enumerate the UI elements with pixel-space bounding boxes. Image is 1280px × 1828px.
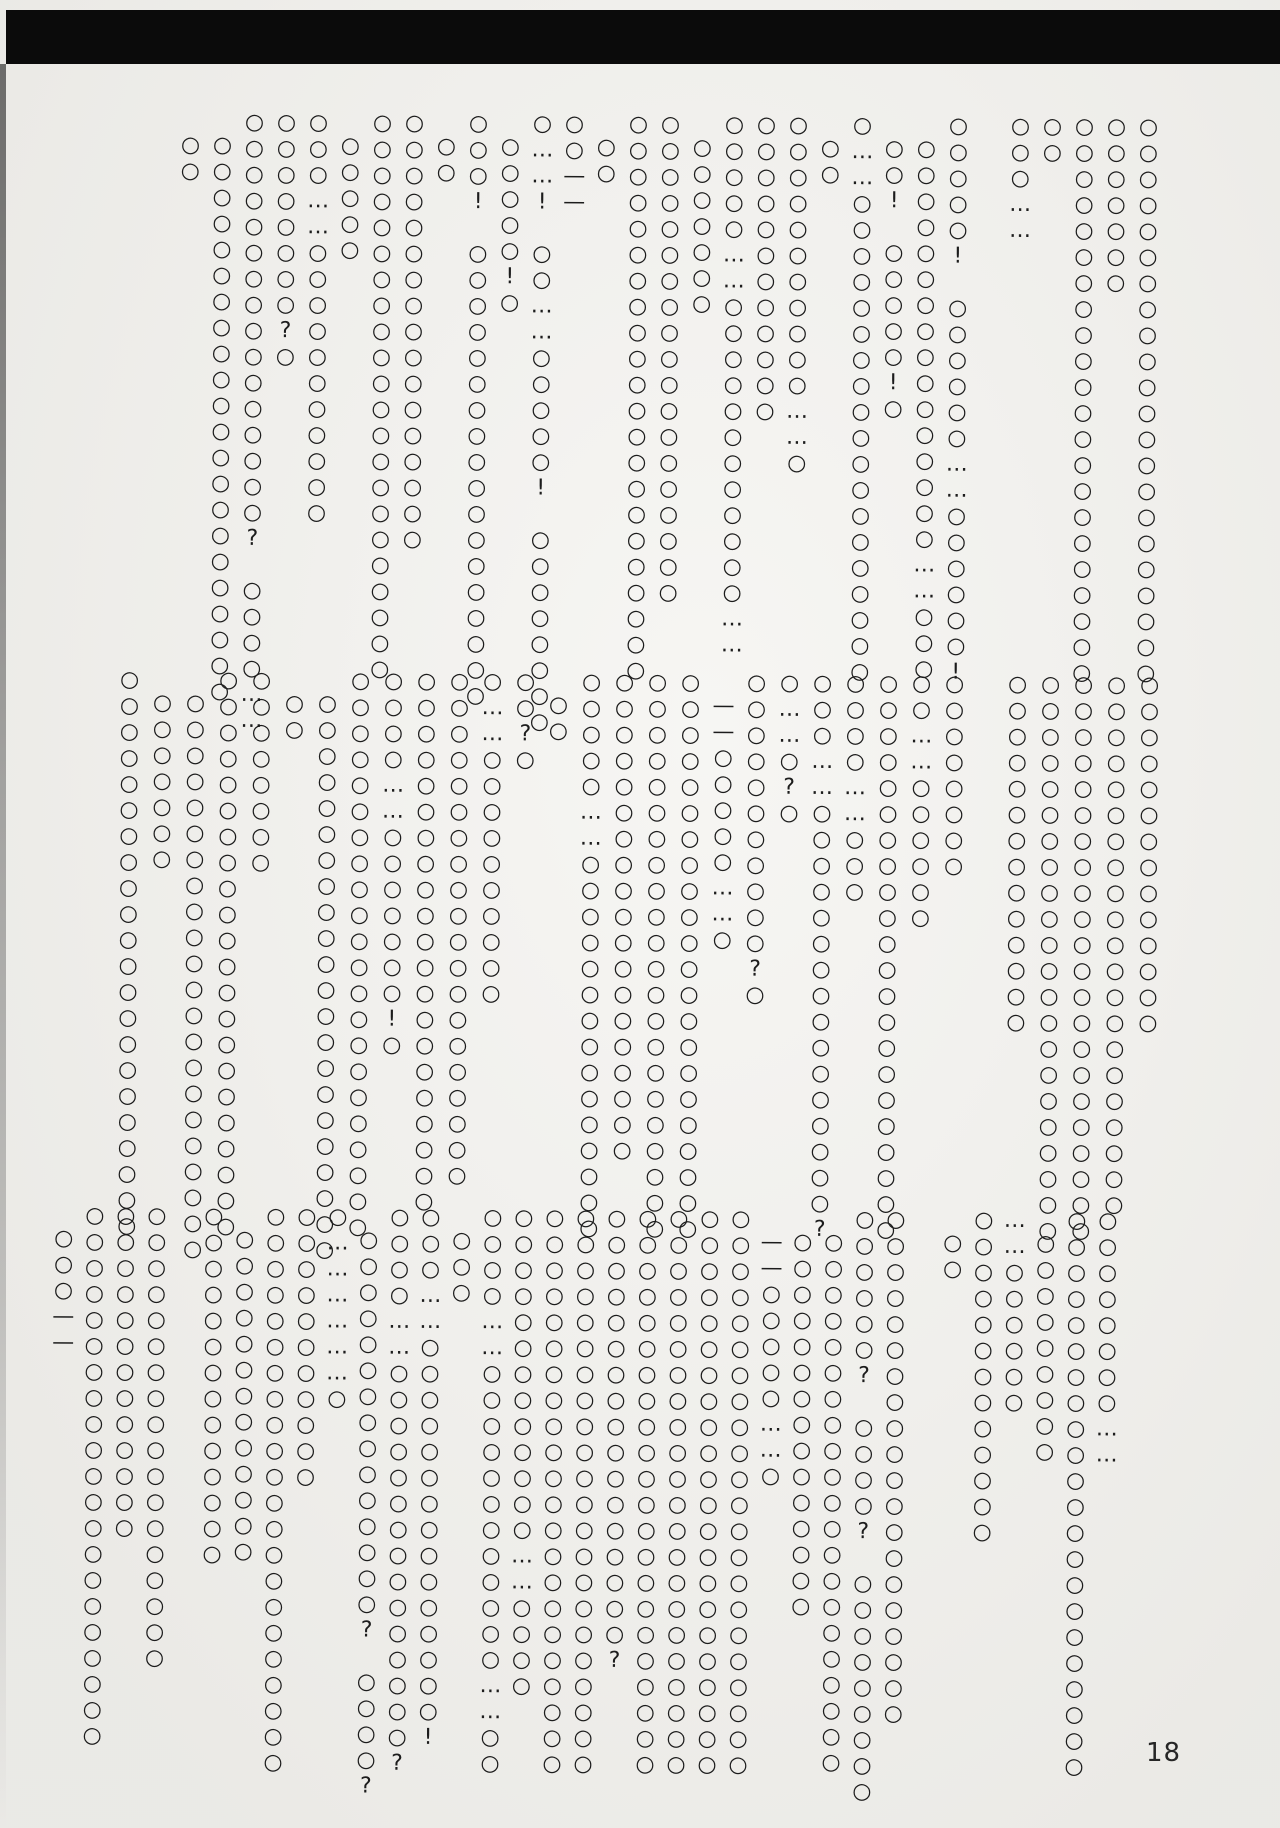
text-column: ○○ [1033,114,1068,654]
text-column: ○○○○○○○○○○○○○○○○○○○○○ [408,669,444,1177]
text-column: ○○ [935,1208,969,1720]
text-column: ○○○○○○○○○○○ [289,1204,323,1716]
text-column: ○○○○○○○○○○○○○○○○○○○○ [441,669,477,1177]
text-column: ——○○○○○……○ [705,670,741,1178]
text-column: ○○○○○○○○○○○○○○○○○○○○○○ [309,668,345,1176]
text-column: ○○○○○! ○○○○○○……○○○○○○! [939,114,974,654]
text-column: ○○○○○○○○○○○○○○○○○○○○○○ [210,668,246,1176]
text-column: ○○ [171,110,206,650]
text-column: ○……! ○○……○○○○○! ○○○○○○○○ [523,111,558,651]
text-column: ○○○! ○○○○○○○○○○○○○○○○○○ [459,111,494,651]
text-column: ○○○○○○○○○○○○○○○○○○○○○○ [537,1205,571,1717]
text-column: ○○○○○○○○○○○○○○○○○○○○○○ [258,1204,292,1716]
text-column: ○○○○○○○○○○○○○○○○○○○○○○ [723,1206,757,1718]
text-column: ○○○○○○○○ [936,672,972,1180]
text-column: ○○○○○○○○○○○○○○○○○○○○○○ [1065,672,1101,1180]
text-column: ○○○○○○○○○○○○○○○○○○○○○ [816,1207,850,1719]
text-column: ○○ [276,668,312,1176]
text-column: ○○○○○○○○○○○○○○○○○○○○○○ [203,110,238,650]
text-column: ○○○○○○○○○○○○○○○○○? [599,1206,633,1718]
text-column: ○○○○○○○○○○○○○○○○○○○○○○ [692,1206,726,1718]
text-column: ○○○○○○○○○○○○○○ [999,672,1035,1180]
text-column: ○○○○○○○○○○○○○○○○○○○○○○ [630,1206,664,1718]
text-column: ○○ [540,669,576,1177]
text-column: ○○○○○○○○○○○○○ [966,1208,1000,1720]
text-column: ○……○?○ [771,671,807,1179]
text-column: ○○○○○○○○○○○○○○○○○○○○○○ [363,111,398,651]
text-column: ○○ [587,112,622,652]
text-column: ○○?○ [507,669,543,1177]
text-column: ○○○○○○○○○○○○○○○○○○○○○○ [177,668,213,1176]
text-column: ○○○○○○○○○○○○○ [227,1204,261,1716]
text-column: ○○○○○○○○○○○○○○○○○○○○○○ [870,671,906,1179]
text-column: ○○○○○○○○○○○○○○○○○○○○○○ [568,1206,602,1718]
text-column: ○○○○○……○○○○○○○○○○○○…… [715,112,750,652]
text-column: ○○○○○○○○○○○○○○○○○○○○○○ [111,667,147,1175]
text-column: ○○○○○○○○○○○○○○○○○○○○○ [1098,672,1134,1180]
text-column: ○○○○○○○○○○○○○○○○○○○ [651,112,686,652]
text-column: ○○○○……○○○○○○○○○○○○○○○? [382,1205,416,1717]
text-column: ○○○—— [46,1203,80,1715]
text-column: ○○○○○○○○○○○○○○○○……○○○ [907,113,942,653]
text-column: ○○! ○○○○○!○ [875,113,910,653]
column-gap [969,672,1002,1180]
text-column: ……○○○○○○ [997,1208,1031,1720]
text-column: ○○○…… [1001,114,1036,654]
text-column: ○○○○○……○○○○○○○○○○○○○○○ [573,670,609,1178]
text-column: ○○○○○○○○○○○○○○○? ○○○○? [351,1205,385,1717]
text-band-2: ○○○○○○○○○○○○○○○○○○○○○○○○○○○○○○○○○○○○○○○○… [111,667,1167,1181]
text-column: ○○ [427,111,462,651]
text-column: ○○○○○○○○○○○○○○○○? ○○○○…… [235,110,270,650]
text-column: ○○—— [555,112,590,652]
text-column: ○○○○○○○○ [243,668,279,1176]
text-column: ○○○○○○○○○○○○○ [108,1203,142,1715]
text-column: ○○○○○○○○○○○○○○○○○○○○○○ [661,1206,695,1718]
text-column: ○○○○○○○○○○○……○ [779,113,814,653]
text-column: ○○○○○○○○○○○○○○○○○○○○○○ [1129,115,1164,655]
text-column: ○○○○○○○○○○○○ [747,113,782,653]
text-column: ○○○○○○○○○○○○○○○○○○○○○○ [1032,672,1068,1180]
text-column: ○○ [811,113,846,653]
text-column: ○○○○○○○○○○○○○○○○○○ [139,1203,173,1715]
text-column: ○○○○○○○○○○○○○○○○○○○○○○ [672,670,708,1178]
scanned-page: ○○○○○○○○○○○○○○○○○○○○○○○○○○○○○○○○○○○○○○○○… [0,0,1280,1828]
text-column: ○○○○○○○○○○○○○○○○○○○○○○ [619,112,654,652]
text-column: ○○○○……○○○○○○○!○ [375,669,411,1177]
text-column: ○○……○○○○○○ [903,671,939,1179]
text-column: ○……○○○○○○○○○○ [474,669,510,1177]
text-column: ○○○○○○○ [1097,114,1132,654]
column-gap [909,1207,938,1719]
text-column: ——○○○○○……○ [754,1207,788,1719]
text-column: ○○○○○○○○○○○?○ [738,671,774,1179]
text-column: ○○○○○○○○○○○○○○○○○○○○○○ [342,668,378,1176]
text-column: ○○○○○○○○○○○○○○○○○○○○ [878,1207,912,1719]
text-content: ○○○○○○○○○○○○○○○○○○○○○○○○○○○○○○○○○○○○○○○○… [0,0,1280,1828]
text-column: ○○○○○○○○○○○○○○○ [785,1207,819,1719]
text-column: ○○○○○○○ [683,112,718,652]
text-column: ○○○……○○○○○○○○○○○○○○○! [413,1205,447,1717]
column-gap [971,114,1004,654]
text-band-3: ○○○○○○○○……○○○○○○○○○○○○○○○○○○○○○○○○○○○○○○… [46,1203,1124,1721]
text-column: ○○○○○○○○○ [1028,1208,1062,1720]
text-band-1: ○○○○○○○○○○○○○○○○○○○○○○○○○○○○○○○○○○○○○○○○… [171,110,1164,655]
text-column: ○○○○……○○○○○○○○○○○○……○○ [475,1205,509,1717]
text-column: ○○○○○○○○○○○○○○○○○○○○○○ [1065,114,1100,654]
text-column: ○○○○○○? ○○○○? ○○○○○○○○○ [847,1207,881,1719]
text-column: ○○○○○○○○○○○○○○○○○○○ [606,670,642,1178]
page-number: 18 [1146,1738,1181,1768]
text-column: ○○○○○○○○○○○○○○○○○ [395,111,430,651]
text-column: ○○○……○○○○○○○○○○○ [299,110,334,650]
text-column: ○○○○○○○○○○○○○○ [1131,673,1167,1181]
text-column: ○……○○○○○○○○○○○○○○○○○○○ [843,113,878,653]
text-column: ○○○○……○○○ [837,671,873,1179]
text-column: ○○○○○○○○○○○○○……○○○○ [506,1205,540,1717]
text-column: ○○○ [444,1205,478,1717]
text-column: ○○○○○○○○…… [1090,1208,1124,1720]
text-column: ○○○○○○○○○○○○○○○○○○○○○ [77,1203,111,1715]
text-column: ○○○○○○○○?○ [267,110,302,650]
text-column: ○○○○○○○○○○○○○○ [196,1204,230,1716]
text-column: ○………………○ [320,1204,354,1716]
column-gap [170,1204,199,1716]
text-column: ○○○○○ [331,110,366,650]
text-column: ○○○○○○○ [144,667,180,1175]
text-column: ○○○○○○○○○○○○○○○○○○○○○○ [639,670,675,1178]
text-column: ○○○○○○○○○○○○○○○○○○○○○○ [1059,1208,1093,1720]
text-column: ○○○○○!○ [491,111,526,651]
text-column: ○○○……○○○○○○○○○○○○○○○○? [804,671,840,1179]
